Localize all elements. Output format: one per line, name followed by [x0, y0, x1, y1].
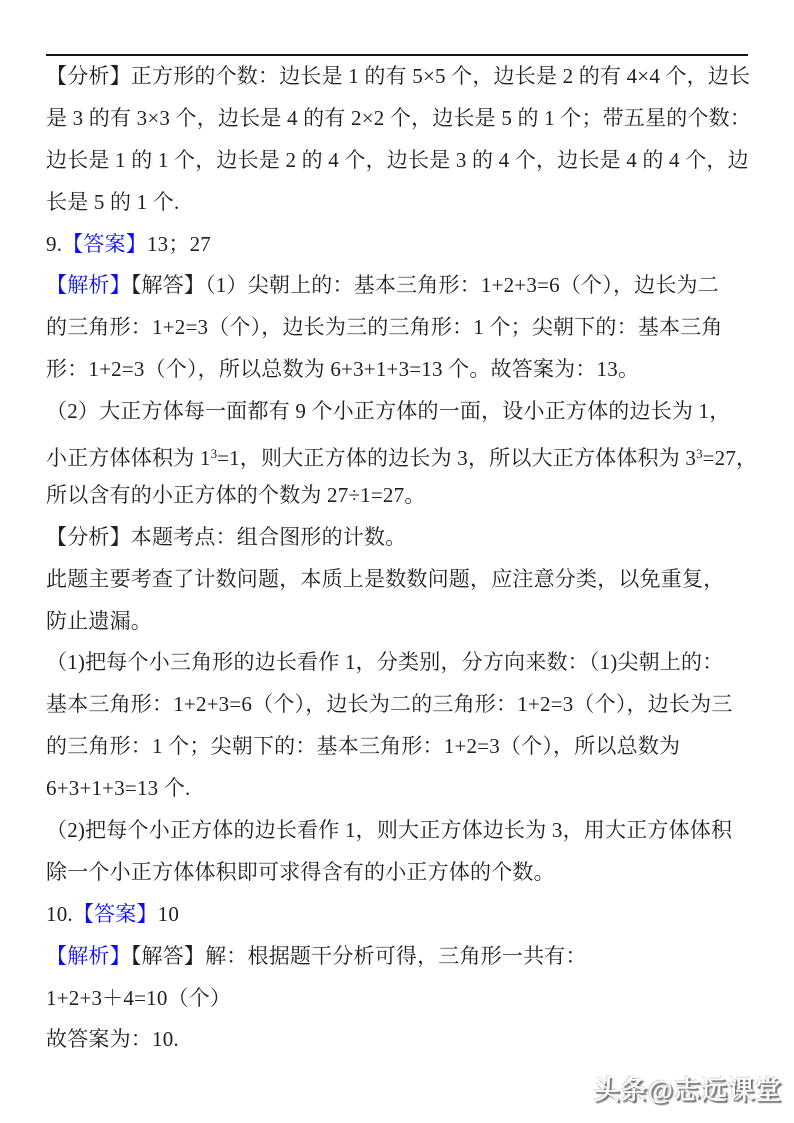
text-line: 1+2+3＋4=10（个）: [46, 978, 758, 1020]
document-page: 【分析】正方形的个数：边长是 1 的有 5×5 个，边长是 2 的有 4×4 个…: [0, 0, 794, 1123]
text-line: 【分析】本题考点：组合图形的计数。: [46, 517, 758, 559]
text-line: 9.【答案】13；27: [46, 224, 758, 266]
highlight-label: 【解析】: [46, 273, 131, 297]
text-line: 是 3 的有 3×3 个，边长是 4 的有 2×2 个，边长是 5 的 1 个；…: [46, 98, 758, 140]
text-run: =1，则大正方体的边长为 3，所以大正方体体积为 3: [217, 446, 696, 470]
text-run: （2)把每个小正方体的边长看作 1，则大正方体边长为 3，用大正方体体积: [46, 818, 732, 842]
text-line: 防止遗漏。: [46, 601, 758, 643]
text-line: （2）大正方体每一面都有 9 个小正方体的一面，设小正方体的边长为 1，: [46, 391, 758, 433]
text-line: 的三角形：1 个；尖朝下的：基本三角形：1+2=3（个），所以总数为: [46, 726, 758, 768]
text-line: 【解析】【解答】（1）尖朝上的：基本三角形：1+2+3=6（个），边长为二: [46, 265, 758, 307]
text-run: 6+3+1+3=13 个.: [46, 776, 190, 800]
text-line: 边长是 1 的 1 个，边长是 2 的 4 个，边长是 3 的 4 个，边长是 …: [46, 140, 758, 182]
text-run: 13；27: [147, 232, 211, 256]
text-run: 【分析】本题考点：组合图形的计数。: [46, 525, 406, 549]
text-line: 【解析】【解答】解：根据题干分析可得，三角形一共有：: [46, 936, 758, 978]
text-line: 长是 5 的 1 个.: [46, 182, 758, 224]
text-run: 小正方体体积为 1: [46, 446, 211, 470]
text-run: 此题主要考查了计数问题，本质上是数数问题，应注意分类，以免重复，: [46, 567, 724, 591]
text-run: 1+2+3＋4=10（个）: [46, 986, 231, 1010]
text-line: （1)把每个小三角形的边长看作 1，分类别，分方向来数：（1)尖朝上的：: [46, 642, 758, 684]
text-run: （2）大正方体每一面都有 9 个小正方体的一面，设小正方体的边长为 1，: [46, 399, 730, 423]
text-run: 基本三角形：1+2+3=6（个），边长为二的三角形：1+2=3（个），边长为三: [46, 692, 733, 716]
text-line: 基本三角形：1+2+3=6（个），边长为二的三角形：1+2=3（个），边长为三: [46, 684, 758, 726]
text-line: 形：1+2=3（个），所以总数为 6+3+1+3=13 个。故答案为：13。: [46, 349, 758, 391]
text-run: 所以含有的小正方体的个数为 27÷1=27。: [46, 483, 426, 507]
highlight-label: 【答案】: [73, 902, 158, 926]
text-run: 边长是 1 的 1 个，边长是 2 的 4 个，边长是 3 的 4 个，边长是 …: [46, 148, 749, 172]
highlight-label: 【答案】: [62, 232, 147, 256]
text-run: 形：1+2=3（个），所以总数为 6+3+1+3=13 个。故答案为：13。: [46, 357, 639, 381]
text-line: 10.【答案】10: [46, 894, 758, 936]
text-run: 【解答】（1）尖朝上的：基本三角形：1+2+3=6（个），边长为二: [131, 273, 719, 297]
text-run: （1)把每个小三角形的边长看作 1，分类别，分方向来数：（1)尖朝上的：: [46, 650, 723, 674]
text-run: 长是 5 的 1 个.: [46, 190, 179, 214]
text-run: 故答案为：10.: [46, 1027, 179, 1051]
answer-text-body: 【分析】正方形的个数：边长是 1 的有 5×5 个，边长是 2 的有 4×4 个…: [46, 56, 758, 1061]
text-run: 防止遗漏。: [46, 609, 152, 633]
text-line: 的三角形：1+2=3（个），边长为三的三角形：1 个；尖朝下的：基本三角: [46, 307, 758, 349]
highlight-label: 【解析】: [46, 944, 131, 968]
text-run: 的三角形：1 个；尖朝下的：基本三角形：1+2=3（个），所以总数为: [46, 734, 680, 758]
text-run: 的三角形：1+2=3（个），边长为三的三角形：1 个；尖朝下的：基本三角: [46, 315, 723, 339]
text-run: 【解答】解：根据题干分析可得，三角形一共有：: [131, 944, 587, 968]
text-run: 10.: [46, 902, 73, 926]
watermark: 头条@志远课堂: [594, 1070, 782, 1107]
text-line: （2)把每个小正方体的边长看作 1，则大正方体边长为 3，用大正方体体积: [46, 810, 758, 852]
text-run: =27，: [703, 446, 758, 470]
text-line: 【分析】正方形的个数：边长是 1 的有 5×5 个，边长是 2 的有 4×4 个…: [46, 56, 758, 98]
text-run: 9.: [46, 232, 62, 256]
text-line: 6+3+1+3=13 个.: [46, 768, 758, 810]
text-line: 小正方体体积为 13=1，则大正方体的边长为 3，所以大正方体体积为 33=27…: [46, 433, 758, 475]
text-run: 10: [158, 902, 179, 926]
text-line: 此题主要考查了计数问题，本质上是数数问题，应注意分类，以免重复，: [46, 559, 758, 601]
text-run: 【分析】正方形的个数：边长是 1 的有 5×5 个，边长是 2 的有 4×4 个…: [46, 64, 750, 88]
text-line: 所以含有的小正方体的个数为 27÷1=27。: [46, 475, 758, 517]
text-line: 除一个小正方体体积即可求得含有的小正方体的个数。: [46, 852, 758, 894]
text-run: 除一个小正方体体积即可求得含有的小正方体的个数。: [46, 860, 555, 884]
text-run: 是 3 的有 3×3 个，边长是 4 的有 2×2 个，边长是 5 的 1 个；…: [46, 106, 751, 130]
text-line: 故答案为：10.: [46, 1019, 758, 1061]
